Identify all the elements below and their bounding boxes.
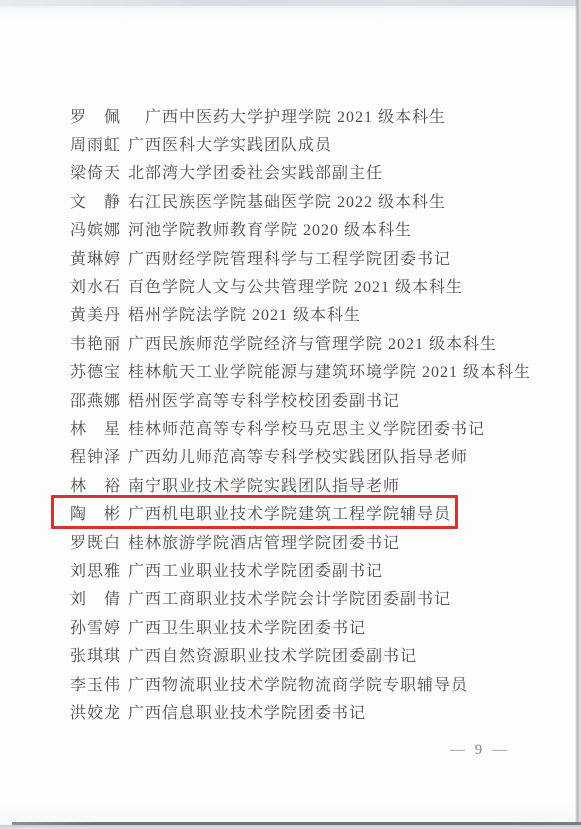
entry-affiliation: 广西财经学院管理科学与工程学院团委书记 (128, 246, 451, 269)
entry-person-name: 刘水石 (70, 274, 128, 297)
list-entry: 刘思雅广西工业职业技术学院团委副书记 (70, 555, 531, 583)
entry-person-name: 罗 佩 (70, 104, 128, 127)
list-entry: 冯嫔娜河池学院教师教育学院 2020 级本科生 (70, 215, 531, 243)
page-number: — 9 — (450, 742, 510, 759)
entry-person-name: 梁倚天 (70, 160, 128, 183)
entry-person-name: 程钟泽 (70, 444, 128, 467)
entry-person-name: 周雨虹 (70, 132, 128, 155)
entry-affiliation: 广西物流职业技术学院物流商学院专职辅导员 (128, 672, 468, 695)
entry-affiliation: 广西民族师范学院经济与管理学院 2021 级本科生 (128, 331, 497, 354)
entry-affiliation: 广西工商职业技术学院会计学院团委副书记 (128, 586, 451, 609)
list-entry: 洪姣龙广西信息职业技术学院团委书记 (70, 697, 531, 725)
entry-person-name: 黄美丹 (70, 302, 128, 325)
list-entry: 陶 彬广西机电职业技术学院建筑工程学院辅导员 (70, 498, 531, 526)
list-entry: 文 静右江民族医学院基础医学院 2022 级本科生 (70, 186, 531, 214)
entry-person-name: 邵燕娜 (70, 388, 128, 411)
entry-affiliation: 广西自然资源职业技术学院团委副书记 (128, 643, 417, 666)
entry-person-name: 孙雪婷 (70, 615, 128, 638)
entry-affiliation: 百色学院人文与公共管理学院 2021 级本科生 (128, 274, 463, 297)
list-entry: 刘水石百色学院人文与公共管理学院 2021 级本科生 (70, 271, 531, 299)
entry-affiliation: 广西幼儿师范高等专科学校实践团队指导老师 (128, 444, 468, 467)
scanned-document-page: 罗 佩广西中医药大学护理学院 2021 级本科生周雨虹广西医科大学实践团队成员梁… (0, 0, 581, 829)
entry-person-name: 张琪琪 (70, 643, 128, 666)
entry-affiliation: 梧州医学高等专科学校校团委副书记 (128, 388, 400, 411)
entry-person-name: 林 裕 (70, 473, 128, 496)
scan-edge-bottom-fade (0, 825, 581, 829)
entry-affiliation: 桂林航天工业学院能源与建筑环境学院 2021 级本科生 (128, 359, 531, 382)
list-entry: 罗 佩广西中医药大学护理学院 2021 级本科生 (70, 101, 531, 129)
list-entry: 黄美丹梧州学院法学院 2021 级本科生 (70, 300, 531, 328)
scan-edge-right (575, 0, 581, 829)
entry-affiliation: 桂林师范高等专科学校马克思主义学院团委书记 (128, 416, 485, 439)
scan-edge-top-fade (0, 6, 581, 11)
entry-affiliation: 广西信息职业技术学院团委书记 (128, 700, 366, 723)
awardee-list: 罗 佩广西中医药大学护理学院 2021 级本科生周雨虹广西医科大学实践团队成员梁… (70, 101, 531, 726)
entry-affiliation: 广西卫生职业技术学院团委书记 (128, 615, 366, 638)
entry-affiliation: 广西中医药大学护理学院 2021 级本科生 (128, 104, 446, 127)
entry-person-name: 刘 倩 (70, 586, 128, 609)
entry-affiliation: 广西工业职业技术学院团委副书记 (128, 558, 383, 581)
entry-person-name: 文 静 (70, 189, 128, 212)
list-entry: 张琪琪广西自然资源职业技术学院团委副书记 (70, 640, 531, 668)
list-entry: 邵燕娜梧州医学高等专科学校校团委副书记 (70, 385, 531, 413)
entry-affiliation: 广西机电职业技术学院建筑工程学院辅导员 (128, 501, 451, 524)
entry-affiliation: 河池学院教师教育学院 2020 级本科生 (128, 217, 412, 240)
entry-affiliation: 广西医科大学实践团队成员 (128, 132, 332, 155)
list-entry: 程钟泽广西幼儿师范高等专科学校实践团队指导老师 (70, 442, 531, 470)
entry-person-name: 洪姣龙 (70, 700, 128, 723)
entry-affiliation: 右江民族医学院基础医学院 2022 级本科生 (128, 189, 446, 212)
entry-person-name: 陶 彬 (70, 501, 128, 524)
entry-affiliation: 北部湾大学团委社会实践部副主任 (128, 160, 383, 183)
entry-affiliation: 桂林旅游学院酒店管理学院团委书记 (128, 530, 400, 553)
list-entry: 刘 倩广西工商职业技术学院会计学院团委副书记 (70, 584, 531, 612)
list-entry: 苏德宝桂林航天工业学院能源与建筑环境学院 2021 级本科生 (70, 357, 531, 385)
entry-affiliation: 梧州学院法学院 2021 级本科生 (128, 302, 361, 325)
list-entry: 梁倚天北部湾大学团委社会实践部副主任 (70, 158, 531, 186)
entry-person-name: 林 星 (70, 416, 128, 439)
list-entry: 韦艳丽广西民族师范学院经济与管理学院 2021 级本科生 (70, 328, 531, 356)
list-entry: 林 裕南宁职业技术学院实践团队指导老师 (70, 470, 531, 498)
list-entry: 周雨虹广西医科大学实践团队成员 (70, 129, 531, 157)
entry-person-name: 李玉伟 (70, 672, 128, 695)
entry-person-name: 刘思雅 (70, 558, 128, 581)
list-entry: 李玉伟广西物流职业技术学院物流商学院专职辅导员 (70, 669, 531, 697)
list-entry: 罗既白桂林旅游学院酒店管理学院团委书记 (70, 527, 531, 555)
entry-person-name: 黄琳婷 (70, 246, 128, 269)
entry-person-name: 韦艳丽 (70, 331, 128, 354)
entry-person-name: 罗既白 (70, 530, 128, 553)
list-entry: 林 星桂林师范高等专科学校马克思主义学院团委书记 (70, 413, 531, 441)
list-entry: 孙雪婷广西卫生职业技术学院团委书记 (70, 612, 531, 640)
entry-person-name: 冯嫔娜 (70, 217, 128, 240)
entry-person-name: 苏德宝 (70, 359, 128, 382)
entry-affiliation: 南宁职业技术学院实践团队指导老师 (128, 473, 400, 496)
list-entry: 黄琳婷广西财经学院管理科学与工程学院团委书记 (70, 243, 531, 271)
